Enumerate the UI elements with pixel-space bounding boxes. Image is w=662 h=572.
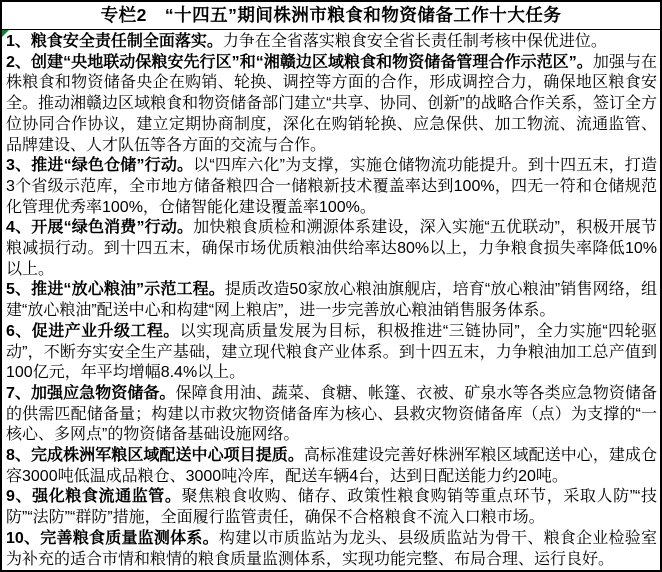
column-panel: 专栏2 “十四五”期间株洲市粮食和物资储备工作十大任务 1、粮食安全责任制全面落… bbox=[0, 0, 662, 572]
task-lead-1: 1、粮食安全责任制全面落实。 bbox=[6, 33, 223, 50]
task-lead-3: 3、推进“绿色仓储”行动。 bbox=[6, 157, 193, 174]
task-item-5: 5、推进“放心粮油”示范工程。提质改造50家放心粮油旗舰店，培育“放心粮油”销售… bbox=[6, 280, 657, 321]
cell-marker-triangle-icon bbox=[2, 30, 9, 37]
panel-body: 1、粮食安全责任制全面落实。力争在全省落实粮食安全省长责任制考核中保优进位。 2… bbox=[2, 30, 660, 570]
task-item-10: 10、完善粮食质量监测体系。构建以市质监站为龙头、县级质监站为骨干、粮食企业检验… bbox=[6, 529, 657, 570]
task-item-6: 6、促进产业升级工程。以实现高质量发展为目标，积极推进“三链协同”，全力实施“四… bbox=[6, 322, 657, 384]
task-lead-5: 5、推进“放心粮油”示范工程。 bbox=[6, 281, 225, 298]
task-text-1: 力争在全省落实粮食安全省长责任制考核中保优进位。 bbox=[223, 33, 607, 50]
panel-title: 专栏2 “十四五”期间株洲市粮食和物资储备工作十大任务 bbox=[2, 2, 660, 30]
task-item-4: 4、开展“绿色消费”行动。加快粮食质检和溯源体系建设，深入实施“五优联动”，积极… bbox=[6, 218, 657, 280]
task-lead-9: 9、强化粮食流通监管。 bbox=[6, 488, 182, 505]
task-item-9: 9、强化粮食流通监管。聚焦粮食收购、储存、政策性粮食购销等重点环节，采取人防”“… bbox=[6, 487, 657, 528]
task-item-2: 2、创建“央地联动保粮安先行区”和“湘赣边区域粮食和物资储备管理合作示范区”。加… bbox=[6, 53, 657, 157]
task-item-7: 7、加强应急物资储备。保障食用油、蔬菜、食糖、帐篷、衣被、矿泉水等各类应急物资储… bbox=[6, 384, 657, 446]
task-lead-2: 2、创建“央地联动保粮安先行区”和“湘赣边区域粮食和物资储备管理合作示范区”。 bbox=[6, 54, 593, 71]
task-lead-6: 6、促进产业升级工程。 bbox=[6, 323, 180, 340]
task-item-8: 8、完成株洲军粮区域配送中心项目提质。高标准建设完善好株洲军粮区域配送中心，建成… bbox=[6, 446, 657, 487]
task-lead-10: 10、完善粮食质量监测体系。 bbox=[6, 530, 219, 547]
task-lead-7: 7、加强应急物资储备。 bbox=[6, 385, 175, 402]
task-lead-8: 8、完成株洲军粮区域配送中心项目提质。 bbox=[6, 447, 304, 464]
task-item-1: 1、粮食安全责任制全面落实。力争在全省落实粮食安全省长责任制考核中保优进位。 bbox=[6, 32, 657, 53]
task-lead-4: 4、开展“绿色消费”行动。 bbox=[6, 219, 193, 236]
task-item-3: 3、推进“绿色仓储”行动。以“四库六化”为支撑，实施仓储物流功能提升。到十四五末… bbox=[6, 156, 657, 218]
